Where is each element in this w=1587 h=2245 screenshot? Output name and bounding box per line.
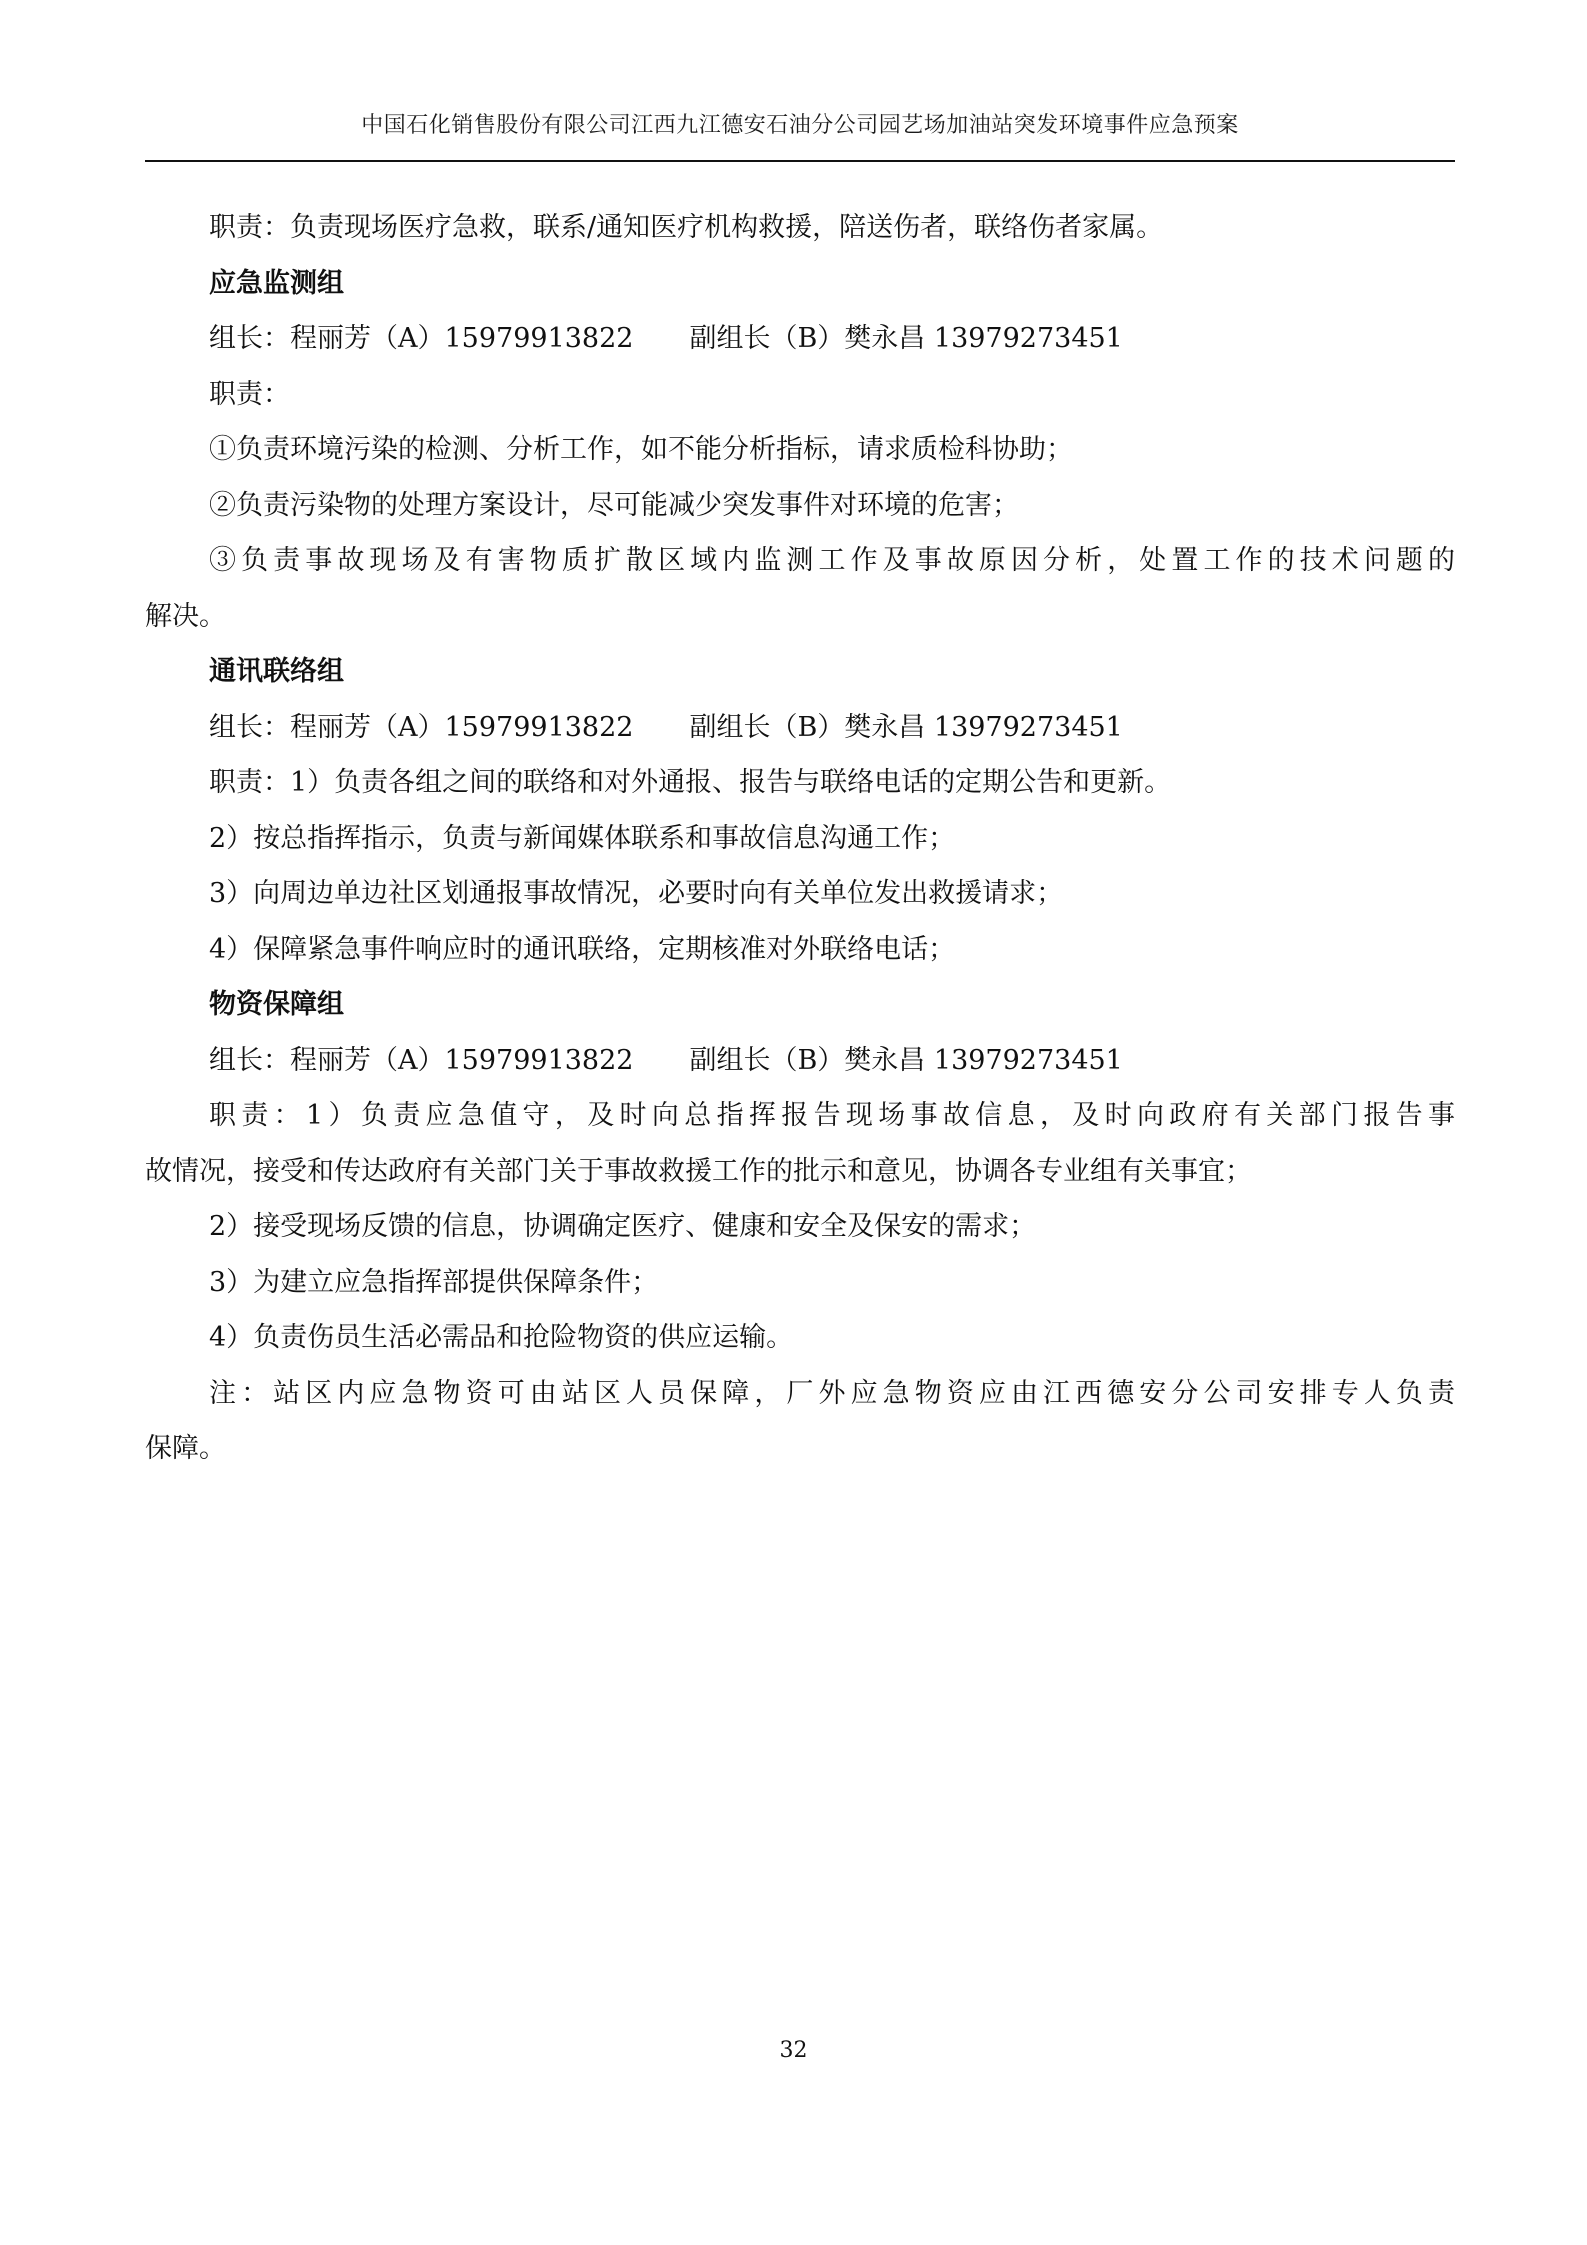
document-header-title: 中国石化销售股份有限公司江西九江德安石油分公司园艺场加油站突发环境事件应急预案 xyxy=(145,108,1455,139)
supply-group-leader: 组长：程丽芳（A）15979913822 xyxy=(209,1045,633,1076)
communication-duty-item: 4）保障紧急事件响应时的通讯联络，定期核准对外联络电话； xyxy=(145,922,1455,978)
document-body: 职责：负责现场医疗急救，联系/通知医疗机构救援，陪送伤者，联络伤者家属。 应急监… xyxy=(145,200,1455,1477)
monitoring-duty-item: ③负责事故现场及有害物质扩散区域内监测工作及事故原因分析，处置工作的技术问题的 xyxy=(145,533,1455,589)
monitoring-group-duty-label: 职责： xyxy=(145,367,1455,423)
monitoring-group-title: 应急监测组 xyxy=(145,256,1455,312)
monitoring-duty-item: ①负责环境污染的检测、分析工作，如不能分析指标，请求质检科协助； xyxy=(145,422,1455,478)
supply-note-continued: 保障。 xyxy=(145,1421,1455,1477)
supply-duty-item: 职责：1）负责应急值守，及时向总指挥报告现场事故信息，及时向政府有关部门报告事 xyxy=(145,1088,1455,1144)
communication-group-leader: 组长：程丽芳（A）15979913822 xyxy=(209,712,633,743)
monitoring-duty-item-continued: 解决。 xyxy=(145,589,1455,645)
supply-duty-item: 3）为建立应急指挥部提供保障条件； xyxy=(145,1255,1455,1311)
header-divider xyxy=(145,160,1455,162)
monitoring-group-leaders: 组长：程丽芳（A）15979913822副组长（B）樊永昌 1397927345… xyxy=(145,311,1455,367)
supply-note: 注：站区内应急物资可由站区人员保障，厂外应急物资应由江西德安分公司安排专人负责 xyxy=(145,1366,1455,1422)
supply-group-title: 物资保障组 xyxy=(145,977,1455,1033)
communication-group-leaders: 组长：程丽芳（A）15979913822副组长（B）樊永昌 1397927345… xyxy=(145,700,1455,756)
supply-duty-item-continued: 故情况，接受和传达政府有关部门关于事故救援工作的批示和意见，协调各专业组有关事宜… xyxy=(145,1144,1455,1200)
supply-duty-item: 2）接受现场反馈的信息，协调确定医疗、健康和安全及保安的需求； xyxy=(145,1199,1455,1255)
communication-group-title: 通讯联络组 xyxy=(145,644,1455,700)
monitoring-group-leader: 组长：程丽芳（A）15979913822 xyxy=(209,323,633,354)
communication-duty-item: 3）向周边单边社区划通报事故情况，必要时向有关单位发出救援请求； xyxy=(145,866,1455,922)
communication-group-deputy: 副组长（B）樊永昌 13979273451 xyxy=(689,712,1122,743)
supply-group-leaders: 组长：程丽芳（A）15979913822副组长（B）樊永昌 1397927345… xyxy=(145,1033,1455,1089)
monitoring-duty-item: ②负责污染物的处理方案设计，尽可能减少突发事件对环境的危害； xyxy=(145,478,1455,534)
communication-duty-item: 职责：1）负责各组之间的联络和对外通报、报告与联络电话的定期公告和更新。 xyxy=(145,755,1455,811)
supply-group-deputy: 副组长（B）樊永昌 13979273451 xyxy=(689,1045,1122,1076)
medical-group-duty: 职责：负责现场医疗急救，联系/通知医疗机构救援，陪送伤者，联络伤者家属。 xyxy=(145,200,1455,256)
communication-duty-item: 2）按总指挥指示，负责与新闻媒体联系和事故信息沟通工作； xyxy=(145,811,1455,867)
supply-duty-item: 4）负责伤员生活必需品和抢险物资的供应运输。 xyxy=(145,1310,1455,1366)
page-number: 32 xyxy=(0,2038,1587,2063)
monitoring-group-deputy: 副组长（B）樊永昌 13979273451 xyxy=(689,323,1122,354)
